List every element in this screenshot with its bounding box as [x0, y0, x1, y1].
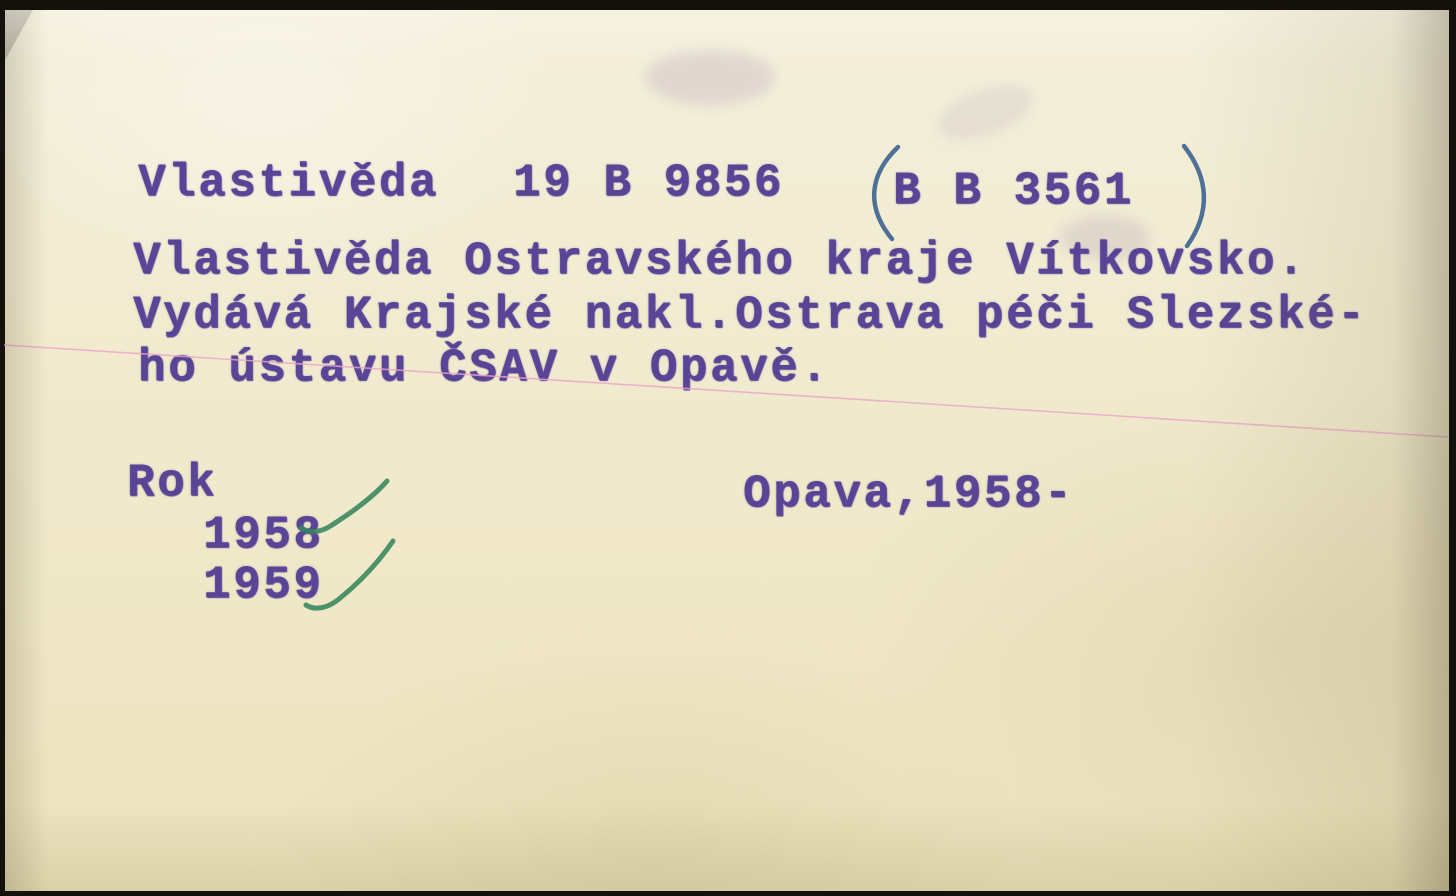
holdings-year-1958: 1958	[203, 512, 323, 558]
description-line-3: ho ústavu ČSAV v Opavě.	[138, 345, 830, 391]
shelfmark: 19 B 9856	[513, 160, 784, 206]
holdings-label: Rok	[127, 460, 217, 506]
folded-corner	[5, 10, 33, 60]
imprint: Opava,1958-	[743, 471, 1074, 517]
catalog-card: Vlastivěda 19 B 9856 B B 3561 Vlastivěda…	[5, 10, 1449, 891]
description-line-2: Vydává Krajské nakl.Ostrava péči Slezské…	[133, 292, 1367, 338]
ink-smudge	[645, 50, 775, 105]
holdings-year-1959: 1959	[203, 562, 323, 608]
ink-smudge	[930, 74, 1039, 150]
description-line-1: Vlastivěda Ostravského kraje Vítkovsko.	[133, 238, 1307, 284]
card-title: Vlastivěda	[138, 160, 439, 206]
handwritten-close-paren	[1184, 146, 1204, 246]
alt-number: B B 3561	[893, 168, 1134, 214]
annotations-overlay	[0, 0, 1456, 896]
